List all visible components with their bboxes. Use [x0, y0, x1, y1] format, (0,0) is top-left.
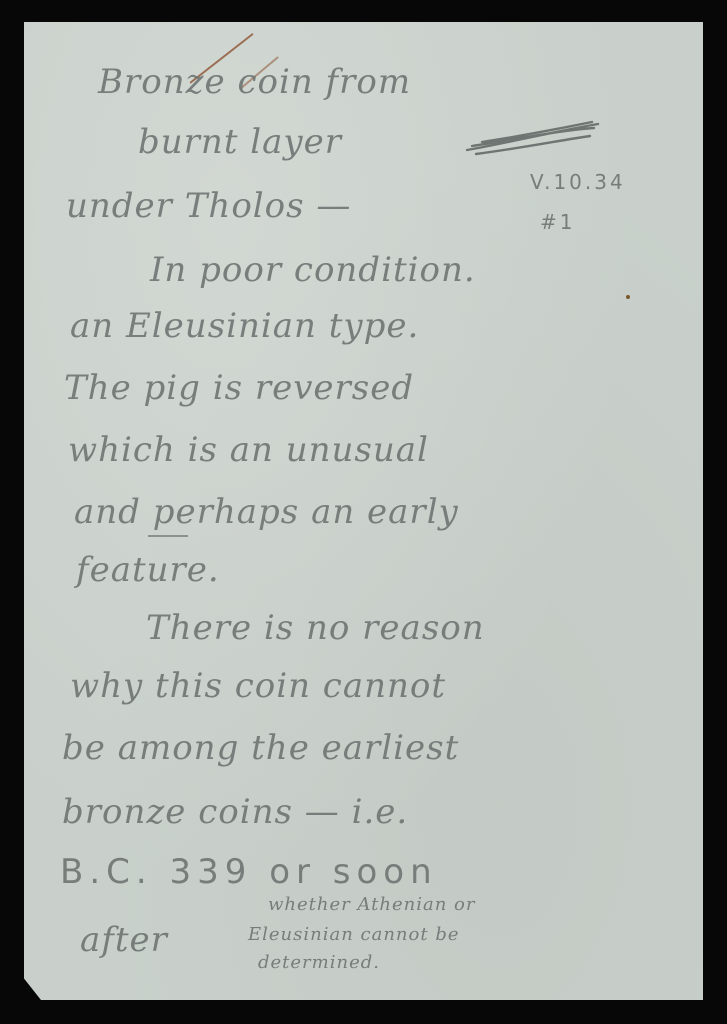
- note-line-4: In poor condition.: [150, 250, 476, 290]
- note-line-7: which is an unusual: [68, 430, 429, 470]
- note-line-15: after: [80, 920, 168, 960]
- reference-date: V.10.34: [530, 170, 626, 194]
- note-line-9: feature.: [76, 550, 220, 590]
- perforated-edge: [24, 16, 703, 26]
- note-line-8: and perhaps an early: [74, 492, 459, 532]
- note-line-14: B.C. 339 or soon: [60, 852, 438, 892]
- note-line-1: Bronze coin from: [98, 62, 411, 102]
- note-line-12: be among the earliest: [62, 728, 459, 768]
- ink-spot: [626, 295, 630, 299]
- note-line-13: bronze coins — i.e.: [62, 792, 408, 832]
- note-line-11: why this coin cannot: [70, 666, 446, 706]
- marginal-note-line-2: Eleusinian cannot be: [248, 924, 460, 945]
- note-line-2: burnt layer: [138, 122, 342, 162]
- marginal-note-line-3: determined.: [258, 952, 380, 973]
- note-line-3: under Tholos —: [66, 186, 351, 226]
- underline-mark: [148, 535, 188, 537]
- scribble-strikeout-icon: [462, 118, 602, 158]
- note-line-5: an Eleusinian type.: [70, 306, 419, 346]
- note-line-6: The pig is reversed: [64, 368, 414, 408]
- marginal-note-line-1: whether Athenian or: [268, 894, 475, 915]
- note-line-10: There is no reason: [146, 608, 485, 648]
- reference-number: #1: [540, 210, 575, 234]
